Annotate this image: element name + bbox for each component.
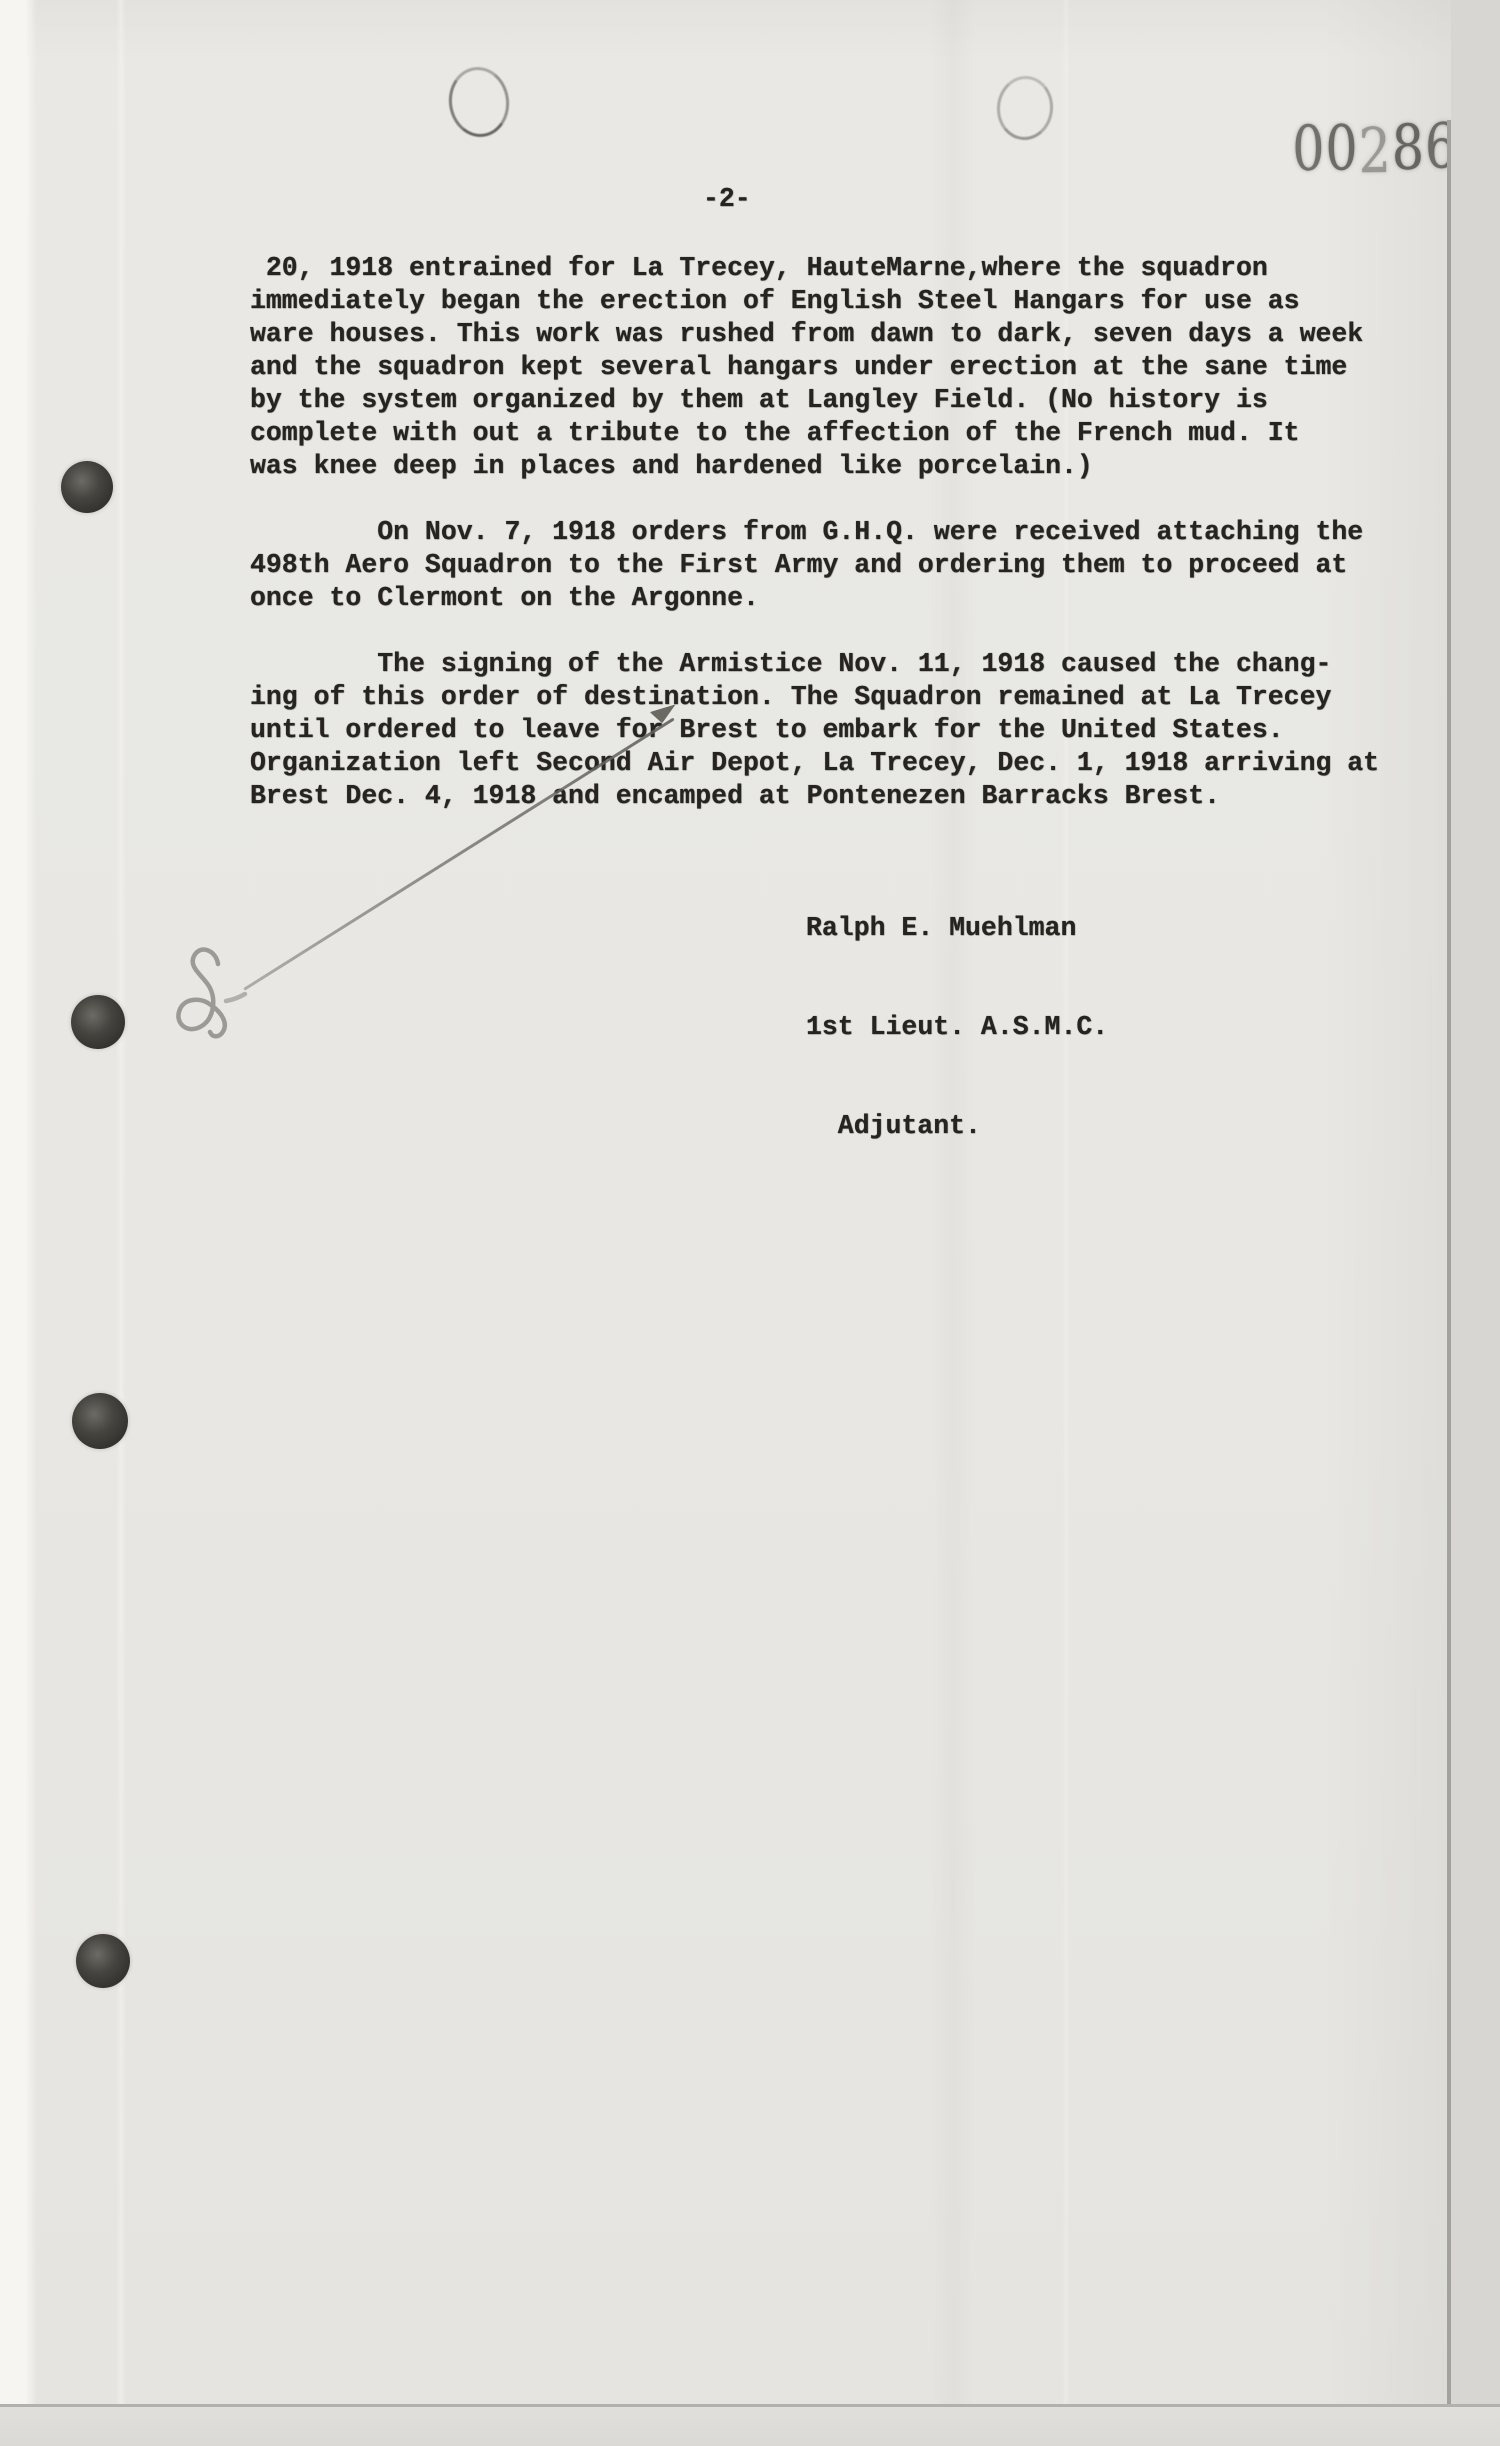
document-page: 00286 -2- 20, 1918 entrained for La Trec… <box>0 0 1500 2446</box>
typed-line: 20, 1918 entrained for La Trecey, HauteM… <box>250 252 1363 285</box>
typed-line: by the system organized by them at Langl… <box>250 384 1363 417</box>
signature-block: Ralph E. Muehlman 1st Lieut. A.S.M.C. Ad… <box>806 846 1108 1209</box>
scanned-document: 00286 -2- 20, 1918 entrained for La Trec… <box>0 0 1500 2446</box>
background-strip <box>0 2407 1500 2446</box>
punch-hole <box>71 995 125 1049</box>
background-strip <box>1451 0 1500 2446</box>
typed-line: ing of this order of destination. The Sq… <box>250 681 1379 714</box>
signature-rank: 1st Lieut. A.S.M.C. <box>806 1011 1108 1044</box>
typed-line: Organization left Second Air Depot, La T… <box>250 747 1379 780</box>
punch-hole <box>61 461 113 513</box>
signature-name: Ralph E. Muehlman <box>806 912 1108 945</box>
typed-line: immediately began the erection of Englis… <box>250 285 1363 318</box>
paragraph: On Nov. 7, 1918 orders from G.H.Q. were … <box>250 516 1363 615</box>
typed-line: 498th Aero Squadron to the First Army an… <box>250 549 1363 582</box>
typed-line: complete with out a tribute to the affec… <box>250 417 1363 450</box>
typed-line: Brest Dec. 4, 1918 and encamped at Ponte… <box>250 780 1379 813</box>
paragraph: The signing of the Armistice Nov. 11, 19… <box>250 648 1379 813</box>
binder-ring-mark <box>994 74 1055 143</box>
typed-line: and the squadron kept several hangars un… <box>250 351 1363 384</box>
typed-line: once to Clermont on the Argonne. <box>250 582 1363 615</box>
typed-line: The signing of the Armistice Nov. 11, 19… <box>250 648 1379 681</box>
page-number: -2- <box>703 183 751 216</box>
punch-hole <box>76 1934 130 1988</box>
pencil-flourish-loop <box>168 938 260 1043</box>
binder-ring-mark <box>444 63 513 141</box>
paper-edge-left <box>0 0 36 2446</box>
paragraph: 20, 1918 entrained for La Trecey, HauteM… <box>250 252 1363 483</box>
typed-line: until ordered to leave for Brest to emba… <box>250 714 1379 747</box>
signature-title: Adjutant. <box>838 1110 1108 1143</box>
typed-line: was knee deep in places and hardened lik… <box>250 450 1363 483</box>
typed-line: On Nov. 7, 1918 orders from G.H.Q. were … <box>250 516 1363 549</box>
archive-stamp: 00286 <box>1292 116 1458 180</box>
punch-hole <box>72 1393 128 1449</box>
typed-line: ware houses. This work was rushed from d… <box>250 318 1363 351</box>
scanner-streak <box>116 0 126 2446</box>
